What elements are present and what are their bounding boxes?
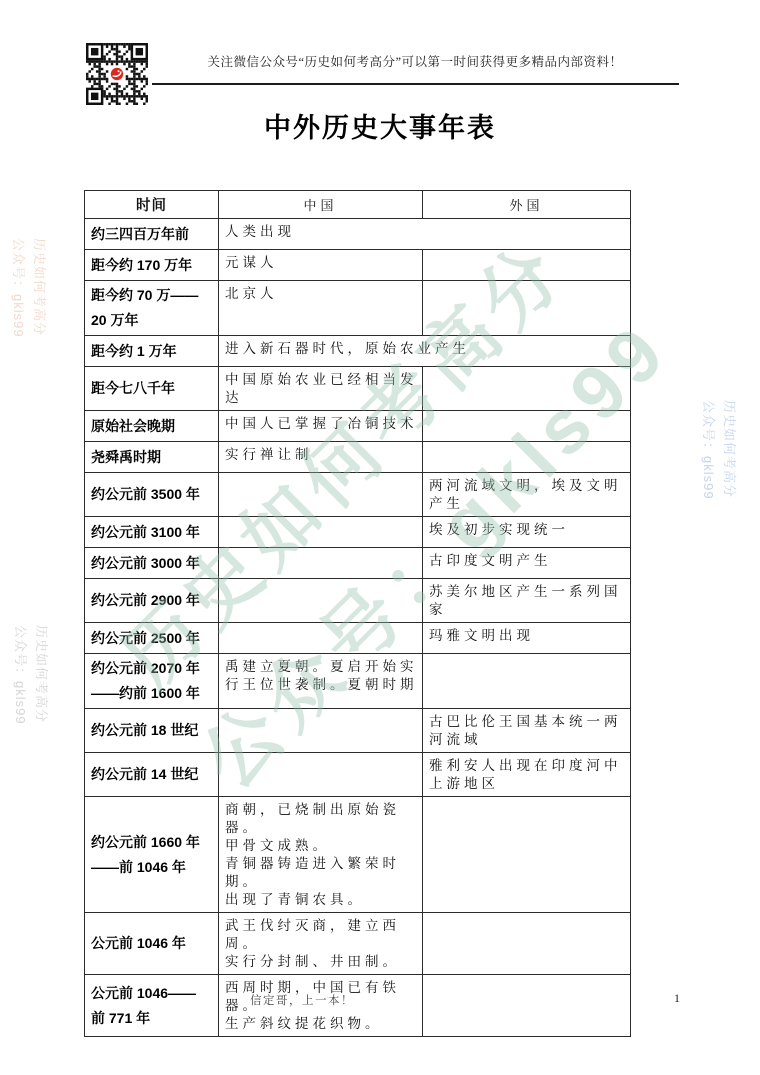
- foreign-cell: 古巴比伦王国基本统一两河流域: [423, 709, 631, 753]
- china-cell: 进入新石器时代，原始农业产生: [219, 336, 631, 367]
- foreign-cell: [423, 442, 631, 473]
- foreign-cell: 玛雅文明出现: [423, 623, 631, 654]
- table-row: 约公元前 3000 年古印度文明产生: [85, 548, 631, 579]
- foreign-cell: 两河流域文明，埃及文明产生: [423, 473, 631, 517]
- china-cell: [219, 517, 423, 548]
- time-cell: 约公元前 3100 年: [85, 517, 219, 548]
- foreign-cell: [423, 975, 631, 1037]
- watermark-text: 历史如何考高分: [29, 238, 50, 342]
- table-row: 约公元前 18 世纪古巴比伦王国基本统一两河流域: [85, 709, 631, 753]
- watermark-left-middle: 历史如何考高分 公众号：gkls99: [10, 625, 52, 729]
- time-cell: 尧舜禹时期: [85, 442, 219, 473]
- china-cell: 禹建立夏朝。夏启开始实行王位世袭制。夏朝时期: [219, 654, 423, 709]
- watermark-right: 历史如何考高分 公众号：gkls99: [698, 400, 740, 504]
- table-row: 尧舜禹时期实行禅让制: [85, 442, 631, 473]
- foreign-cell: 古印度文明产生: [423, 548, 631, 579]
- table-row: 距今约 70 万—— 20 万年北京人: [85, 281, 631, 336]
- table-row: 距今约 1 万年进入新石器时代，原始农业产生: [85, 336, 631, 367]
- column-header-foreign: 外国: [423, 191, 631, 219]
- column-header-china: 中国: [219, 191, 423, 219]
- watermark-text: 公众号：gkls99: [8, 238, 29, 342]
- watermark-text: 历史如何考高分: [719, 400, 740, 504]
- table-row: 约公元前 1660 年 ——前 1046 年商朝，已烧制出原始瓷器。 甲骨文成熟…: [85, 797, 631, 913]
- china-cell: 中国人已掌握了冶铜技术: [219, 411, 423, 442]
- foreign-cell: [423, 411, 631, 442]
- time-cell: 约公元前 18 世纪: [85, 709, 219, 753]
- time-cell: 公元前 1046—— 前 771 年: [85, 975, 219, 1037]
- header-divider: [152, 83, 679, 85]
- time-cell: 距今约 1 万年: [85, 336, 219, 367]
- table-row: 约公元前 2070 年 ——约前 1600 年禹建立夏朝。夏启开始实行王位世袭制…: [85, 654, 631, 709]
- footer-slogan: 信定哥，上一本！: [250, 992, 354, 1008]
- table-row: 约公元前 14 世纪雅利安人出现在印度河中上游地区: [85, 753, 631, 797]
- foreign-cell: [423, 797, 631, 913]
- china-cell: 北京人: [219, 281, 423, 336]
- china-cell: 实行禅让制: [219, 442, 423, 473]
- time-cell: 约三四百万年前: [85, 219, 219, 250]
- table-row: 约公元前 2900 年苏美尔地区产生一系列国家: [85, 579, 631, 623]
- time-cell: 约公元前 14 世纪: [85, 753, 219, 797]
- china-cell: [219, 709, 423, 753]
- table-row: 公元前 1046 年武王伐纣灭商，建立西周。 实行分封制、井田制。: [85, 913, 631, 975]
- china-cell: [219, 579, 423, 623]
- china-cell: [219, 548, 423, 579]
- foreign-cell: 雅利安人出现在印度河中上游地区: [423, 753, 631, 797]
- foreign-cell: [423, 654, 631, 709]
- table-row: 约三四百万年前人类出现: [85, 219, 631, 250]
- time-cell: 约公元前 3000 年: [85, 548, 219, 579]
- page-title: 中外历史大事年表: [0, 106, 760, 145]
- china-cell: [219, 753, 423, 797]
- time-cell: 距今七八千年: [85, 367, 219, 411]
- china-cell: [219, 623, 423, 654]
- table-row: 约公元前 3100 年埃及初步实现统一: [85, 517, 631, 548]
- china-cell: 商朝，已烧制出原始瓷器。 甲骨文成熟。 青铜器铸造进入繁荣时期。 出现了青铜农具…: [219, 797, 423, 913]
- foreign-cell: [423, 250, 631, 281]
- time-cell: 约公元前 2500 年: [85, 623, 219, 654]
- table-row: 距今七八千年中国原始农业已经相当发达: [85, 367, 631, 411]
- table-row: 约公元前 3500 年两河流域文明，埃及文明产生: [85, 473, 631, 517]
- china-cell: [219, 473, 423, 517]
- table-row: 距今约 170 万年元谋人: [85, 250, 631, 281]
- foreign-cell: [423, 913, 631, 975]
- china-cell: 中国原始农业已经相当发达: [219, 367, 423, 411]
- china-cell: 元谋人: [219, 250, 423, 281]
- qr-code-image: [86, 43, 148, 105]
- column-header-time: 时间: [85, 191, 219, 219]
- table-row: 公元前 1046—— 前 771 年西周时期，中国已有铁器。 生产斜纹提花织物。: [85, 975, 631, 1037]
- foreign-cell: [423, 367, 631, 411]
- watermark-top-left: 历史如何考高分 公众号：gkls99: [8, 238, 50, 342]
- table-row: 约公元前 2500 年玛雅文明出现: [85, 623, 631, 654]
- foreign-cell: 埃及初步实现统一: [423, 517, 631, 548]
- watermark-text: 公众号：gkls99: [10, 625, 31, 729]
- time-cell: 距今约 70 万—— 20 万年: [85, 281, 219, 336]
- china-cell: 人类出现: [219, 219, 631, 250]
- time-cell: 约公元前 3500 年: [85, 473, 219, 517]
- time-cell: 距今约 170 万年: [85, 250, 219, 281]
- timeline-table: 时间 中国 外国 约三四百万年前人类出现距今约 170 万年元谋人距今约 70 …: [84, 190, 631, 1037]
- watermark-text: 历史如何考高分: [31, 625, 52, 729]
- china-cell: 武王伐纣灭商，建立西周。 实行分封制、井田制。: [219, 913, 423, 975]
- time-cell: 公元前 1046 年: [85, 913, 219, 975]
- document-page: 关注微信公众号“历史如何考高分”可以第一时间获得更多精品内部资料！ 中外历史大事…: [0, 0, 760, 1075]
- foreign-cell: 苏美尔地区产生一系列国家: [423, 579, 631, 623]
- time-cell: 原始社会晚期: [85, 411, 219, 442]
- qr-code: [86, 43, 148, 105]
- time-cell: 约公元前 1660 年 ——前 1046 年: [85, 797, 219, 913]
- page-number: 1: [674, 991, 680, 1006]
- table-header-row: 时间 中国 外国: [85, 191, 631, 219]
- foreign-cell: [423, 281, 631, 336]
- time-cell: 约公元前 2900 年: [85, 579, 219, 623]
- header-notice: 关注微信公众号“历史如何考高分”可以第一时间获得更多精品内部资料！: [148, 52, 682, 70]
- time-cell: 约公元前 2070 年 ——约前 1600 年: [85, 654, 219, 709]
- table-row: 原始社会晚期中国人已掌握了冶铜技术: [85, 411, 631, 442]
- watermark-text: 公众号：gkls99: [698, 400, 719, 504]
